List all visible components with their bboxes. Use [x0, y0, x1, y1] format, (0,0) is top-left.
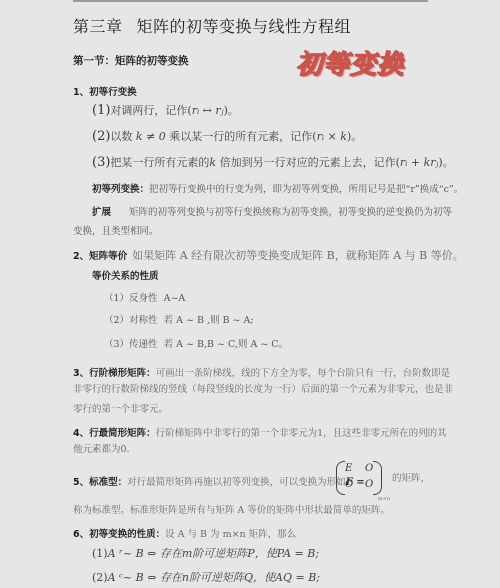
item-number: (1) [92, 547, 108, 560]
item-number: (2) [92, 571, 108, 584]
s6-item-1: (1)A ʳ~ B ⇔ 存在m阶可逆矩阵P，使PA = B; [92, 545, 319, 561]
item-text: 把某一行所有元素的 [110, 156, 209, 169]
extension-label: 扩展 [92, 207, 111, 218]
s5-line2: 称为标准型。标准形矩阵是所有与矩阵 A 等价的矩阵中形状最简单的矩阵。 [73, 502, 390, 516]
item-text: 存在n阶可逆矩阵Q，使AQ = B; [160, 571, 320, 584]
item-end: )。 [224, 104, 239, 117]
s3-para: 3、行阶梯形矩阵：可画出一条阶梯线，线的下方全为零，每个台阶只有一行，台阶数即是 [73, 361, 450, 380]
s5-para: 5、标准型：对行最简形矩阵再施以初等列变换，可以变换为形如F = [73, 470, 365, 489]
props-heading: 等价关系的性质 [92, 268, 159, 282]
prop-num: （1） [104, 293, 129, 304]
item-text: 存在m阶可逆矩阵P，使PA = B; [160, 547, 319, 560]
prop-1: （1）反身性 A~A [104, 290, 185, 304]
matrix-cell: E [345, 463, 352, 474]
extension-text: 矩阵的初等列变换与初等行变换统称为初等变换，初等变换的逆变换仍为初等 [129, 207, 452, 218]
s4-para: 4、行最简形矩阵：行阶梯矩阵中非零行的第一个非零元为1，且这些非零元所在的列的其 [73, 421, 447, 440]
extension-para-cont: 变换，且类型相同。 [73, 223, 159, 237]
s3-line2: 非零行的行数阶梯线的竖线（每段竖线的长度为一行）后面的第一个元素为非零元，也是非 [73, 381, 453, 395]
s1-item-3: (3)把某一行所有元素的k 倍加到另一行对应的元素上去，记作(rᵢ + krⱼ)… [92, 154, 454, 170]
s4-heading: 4、行最简形矩阵： [73, 428, 156, 439]
item-number: (3) [92, 155, 110, 170]
col-transform-label: 初等列变换： [92, 184, 149, 195]
s1-heading: 1、初等行变换 [73, 84, 137, 98]
standard-form-matrix: E O O O m×n [336, 461, 382, 495]
prop-expr: A~A [164, 293, 186, 304]
item-text: 倍加到另一行对应的元素上去，记作( [216, 156, 400, 169]
s6-para: 6、初等变换的性质：设 A 与 B 为 m×n 矩阵，那么 [73, 522, 296, 541]
prop-expr: 若 A ~ B,B ~ C,则 A ~ C。 [164, 339, 288, 350]
chapter-title: 第三章矩阵的初等变换与线性方程组 [73, 14, 351, 37]
item-lhs: A ᶜ~ B [108, 571, 144, 584]
prop-3: （3）传递性 若 A ~ B,B ~ C,则 A ~ C。 [104, 336, 288, 350]
s1-item-2: (2)以数 k ≠ 0 乘以某一行的所有元素，记作(rᵢ × k)。 [92, 128, 362, 144]
stamp-graphic: 初等变换 [296, 44, 404, 81]
prop-name: 传递性 [129, 339, 158, 350]
s6-intro: 设 A 与 B 为 m×n 矩阵，那么 [165, 529, 296, 540]
s2-heading: 2、矩阵等价 [73, 251, 127, 262]
s3-heading: 3、行阶梯形矩阵： [73, 368, 156, 379]
extension-para: 扩展矩阵的初等列变换与初等行变换统称为初等变换，初等变换的逆变换仍为初等 [92, 204, 452, 218]
item-end: )。 [438, 156, 453, 169]
s4-line2: 他元素都为0. [73, 441, 130, 455]
prop-2: （2）对称性 若 A ~ B ,则 B ~ A; [104, 312, 254, 326]
iff-symbol: ⇔ [147, 547, 156, 560]
s6-heading: 6、初等变换的性质： [73, 529, 165, 540]
item-text: 对调两行，记作( [110, 104, 191, 117]
item-text: 乘以某一行的所有元素，记作( [166, 130, 317, 143]
s1-item-1: (1)对调两行，记作(rᵢ ↔ rⱼ)。 [92, 102, 239, 118]
section-title: 第一节：矩阵的初等变换 [73, 53, 189, 68]
prop-expr: 若 A ~ B ,则 B ~ A; [164, 315, 254, 326]
right-paren [373, 461, 382, 495]
col-transform-text: 把初等行变换中的行变为列，即为初等列变换，所用记号是把“r”换成“c”。 [149, 184, 463, 195]
s5-heading: 5、标准型： [73, 477, 127, 488]
s3-text: 可画出一条阶梯线，线的下方全为零，每个台阶只有一行，台阶数即是 [156, 368, 451, 379]
left-paren [336, 461, 345, 495]
prop-num: （3） [104, 339, 129, 350]
matrix-cell: O [365, 479, 373, 490]
s2-para: 2、矩阵等价 如果矩阵 A 经有限次初等变换变成矩阵 B，就称矩阵 A 与 B … [73, 244, 464, 263]
matrix-cell: O [345, 479, 353, 490]
prop-num: （2） [104, 315, 129, 326]
item-math: rᵢ × k [317, 130, 347, 143]
col-transform-para: 初等列变换：把初等行变换中的行变为列，即为初等列变换，所用记号是把“r”换成“c… [92, 181, 463, 195]
top-rule [73, 0, 428, 2]
s4-text: 行阶梯矩阵中非零行的第一个非零元为1，且这些非零元所在的列的其 [156, 428, 447, 439]
chapter-name: 矩阵的初等变换与线性方程组 [137, 17, 352, 36]
item-lhs: A ʳ~ B [108, 547, 144, 560]
s2-text: 如果矩阵 A 经有限次初等变换变成矩阵 B，就称矩阵 A 与 B 等价。 [132, 249, 464, 262]
s5-line1-end: 的矩阵， [392, 470, 430, 484]
item-math: rᵢ + krⱼ [400, 156, 439, 169]
prop-name: 反身性 [129, 293, 158, 304]
s6-item-2: (2)A ᶜ~ B ⇔ 存在n阶可逆矩阵Q，使AQ = B; [92, 569, 320, 585]
item-end: )。 [347, 130, 362, 143]
item-number: (2) [92, 129, 110, 144]
prop-name: 对称性 [129, 315, 158, 326]
item-text: 以数 [110, 130, 136, 143]
item-math: k ≠ 0 [136, 130, 166, 143]
s5-text: 对行最简形矩阵再施以初等列变换，可以变换为形如 [127, 477, 346, 488]
chapter-number: 第三章 [73, 17, 123, 36]
item-math: rᵢ ↔ rⱼ [192, 104, 224, 117]
iff-symbol: ⇔ [147, 571, 156, 584]
matrix-cell: O [365, 463, 373, 474]
item-number: (1) [92, 103, 110, 118]
s3-line3: 零行的第一个非零元。 [73, 401, 168, 415]
